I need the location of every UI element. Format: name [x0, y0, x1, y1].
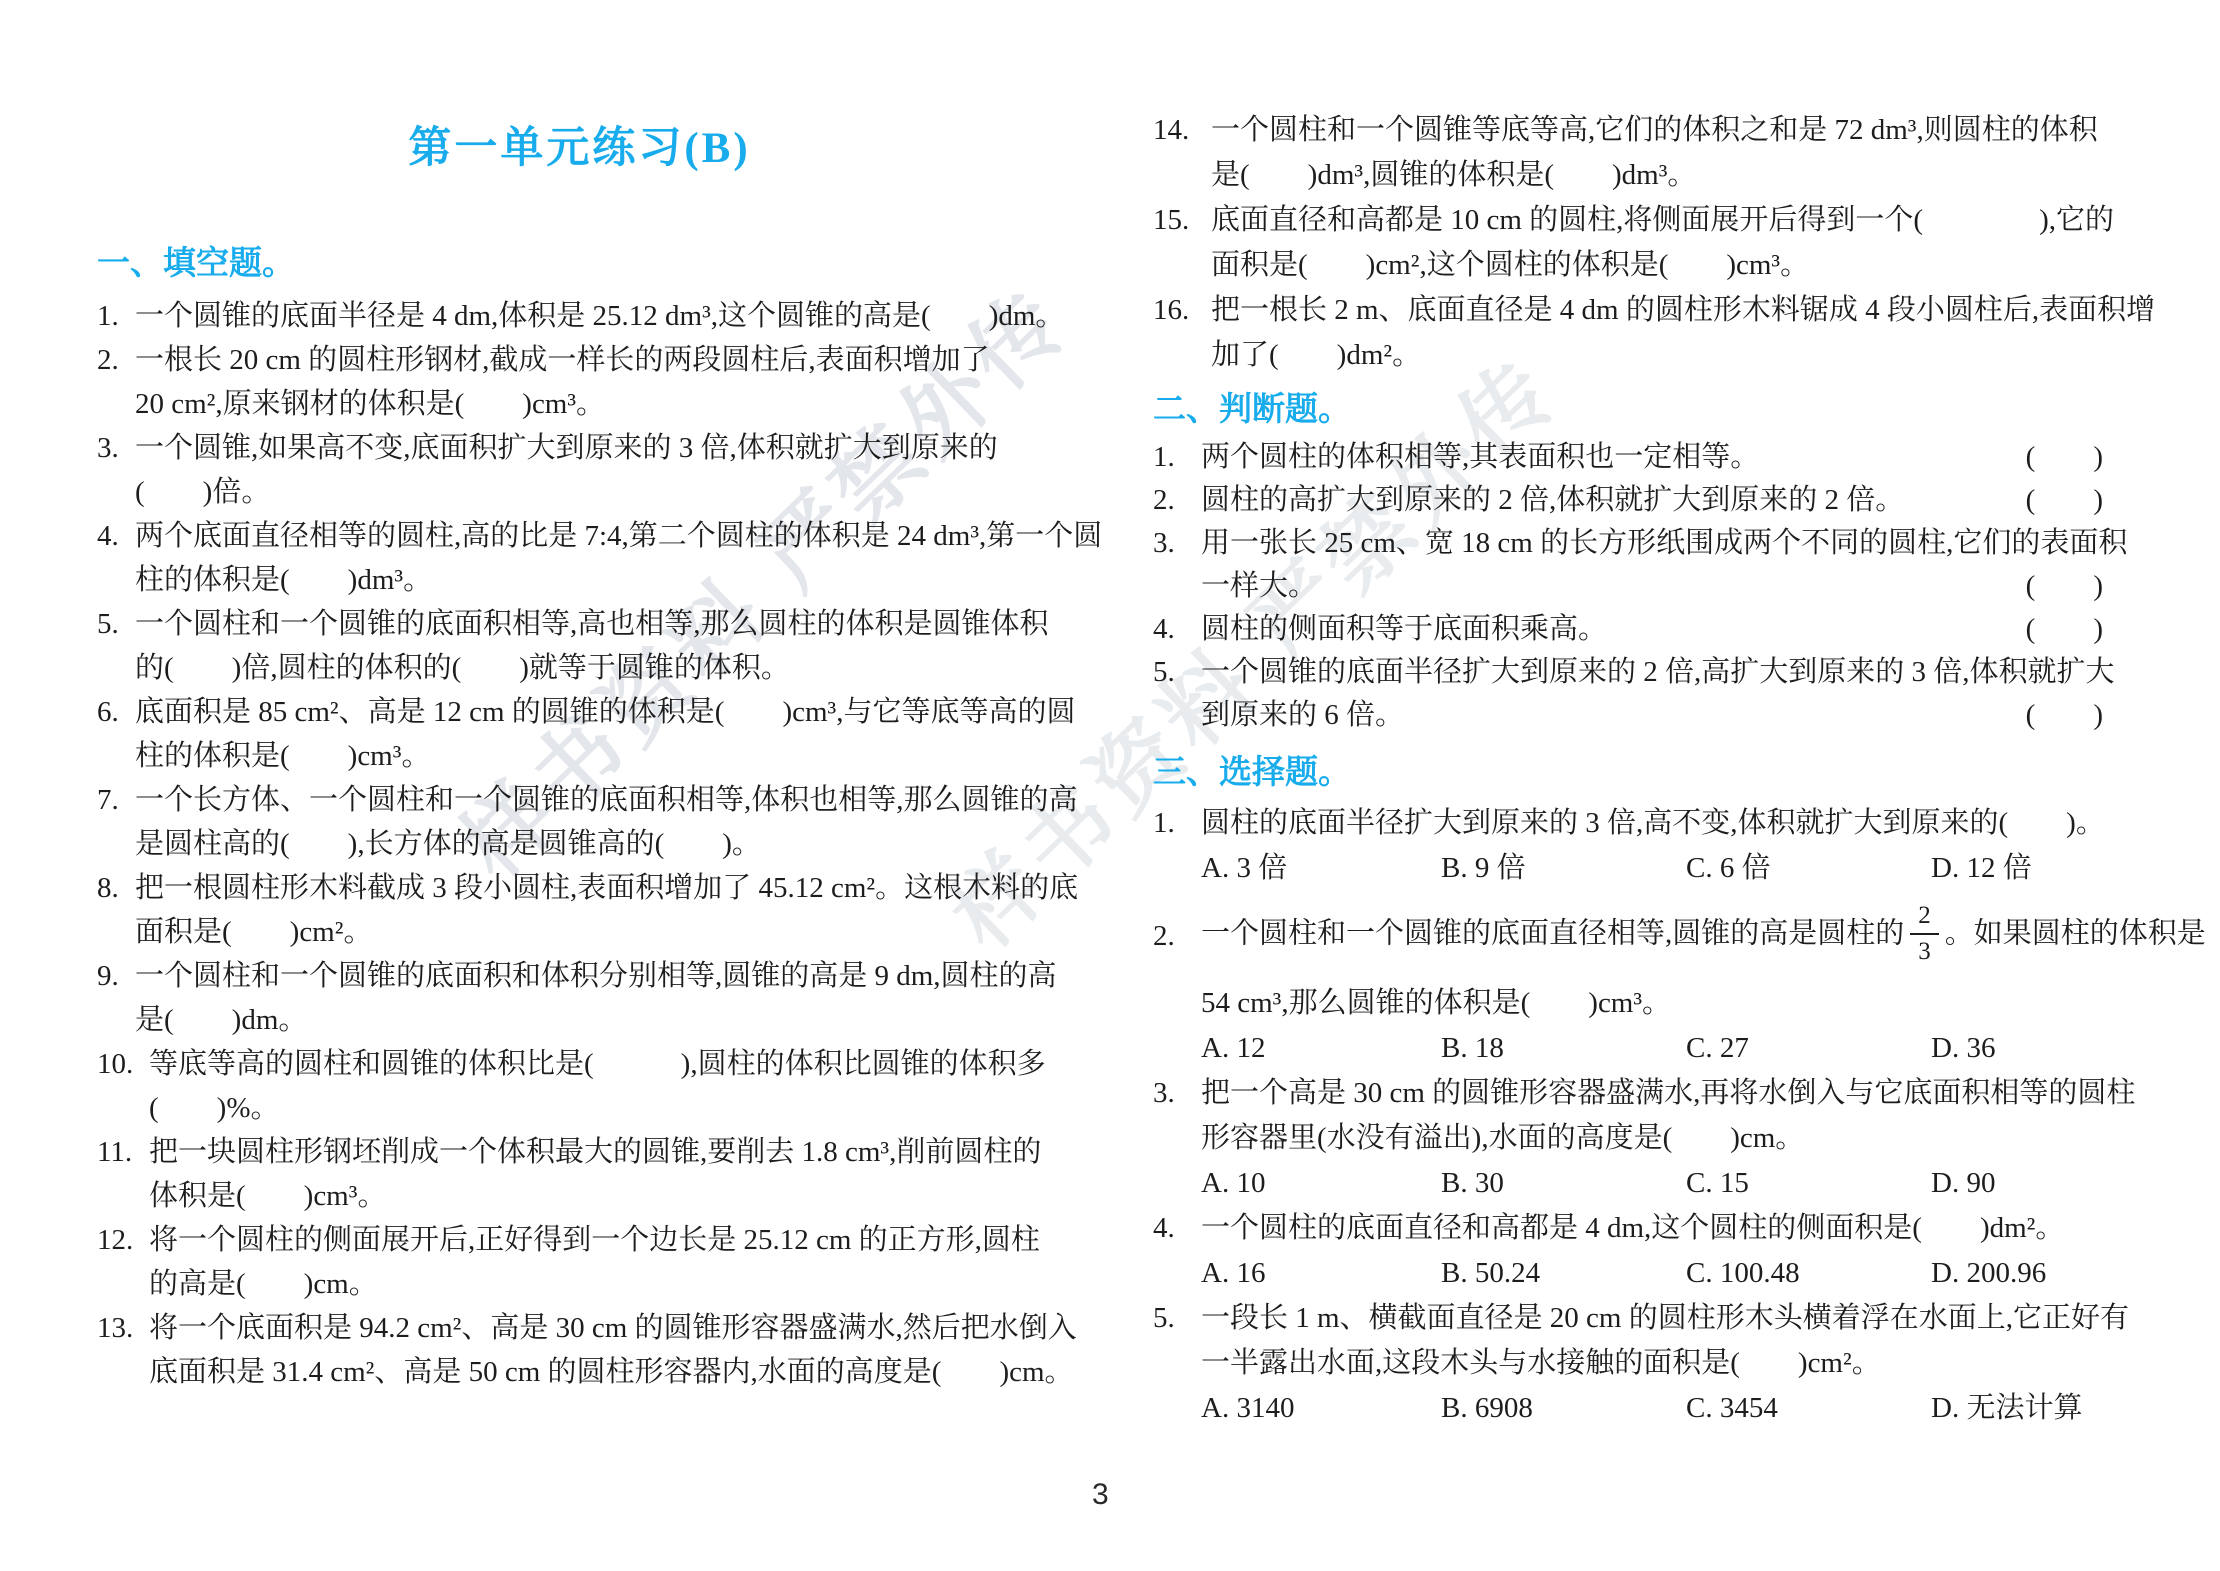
option-d: D. 90: [1931, 1161, 2135, 1206]
question-number: 7.: [97, 778, 135, 822]
option-d: D. 12 倍: [1931, 846, 2135, 891]
question-text: ( )%。: [149, 1086, 279, 1130]
answer-bracket: ( ): [2026, 608, 2103, 651]
question-number: 9.: [97, 954, 135, 998]
option-c: C. 6 倍: [1686, 846, 1931, 891]
question-row-continued: 是( )dm。: [97, 998, 1062, 1042]
choice-question-row: 2.一个圆柱和一个圆锥的底面直径相等,圆锥的高是圆柱的23。如果圆柱的体积是: [1153, 891, 2135, 981]
question-text: 是圆柱高的( ),长方体的高是圆锥高的( )。: [135, 822, 761, 866]
question-text: 一样大。: [1201, 565, 1317, 608]
question-number: 8.: [97, 866, 135, 910]
choice-question-row: 1.圆柱的底面半径扩大到原来的 3 倍,高不变,体积就扩大到原来的( )。: [1153, 801, 2135, 846]
question-row-continued: ( )倍。: [97, 470, 1062, 514]
question-text: 是( )dm³,圆锥的体积是( )dm³。: [1211, 153, 1696, 198]
judge-question-row: 2.圆柱的高扩大到原来的 2 倍,体积就扩大到原来的 2 倍。( ): [1153, 479, 2135, 522]
judge-question-row: 4.圆柱的侧面积等于底面积乘高。( ): [1153, 608, 2135, 651]
judge-question-row: 3.用一张长 25 cm、宽 18 cm 的长方形纸围成两个不同的圆柱,它们的表…: [1153, 522, 2135, 565]
choice-question-row-continued: 一半露出水面,这段木头与水接触的面积是( )cm²。: [1153, 1341, 2135, 1386]
question-number: 5.: [1153, 651, 1201, 694]
question-number: 3.: [97, 426, 135, 470]
fraction-denominator: 3: [1910, 935, 1939, 967]
question-text: 一个圆柱和一个圆锥的底面直径相等,圆锥的高是圆柱的23。如果圆柱的体积是: [1201, 903, 2206, 969]
question-row-continued: 体积是( )cm³。: [97, 1174, 1062, 1218]
question-number: 4.: [97, 514, 135, 558]
question-text: 的( )倍,圆柱的体积的( )就等于圆锥的体积。: [135, 646, 790, 690]
question-row: 16.把一根长 2 m、底面直径是 4 dm 的圆柱形木料锯成 4 段小圆柱后,…: [1153, 288, 2135, 333]
question-number: 1.: [1153, 436, 1201, 479]
question-text: 将一个底面积是 94.2 cm²、高是 30 cm 的圆锥形容器盛满水,然后把水…: [149, 1306, 1077, 1350]
question-row-continued: 是( )dm³,圆锥的体积是( )dm³。: [1153, 153, 2135, 198]
option-a: A. 16: [1201, 1251, 1441, 1296]
question-text: 柱的体积是( )cm³。: [135, 734, 430, 778]
question-row-continued: 柱的体积是( )cm³。: [97, 734, 1062, 778]
right-column: 14.一个圆柱和一个圆锥等底等高,它们的体积之和是 72 dm³,则圆柱的体积 …: [1153, 0, 2135, 1431]
choice-question-row: 3.把一个高是 30 cm 的圆锥形容器盛满水,再将水倒入与它底面积相等的圆柱: [1153, 1071, 2135, 1116]
question-text: 一段长 1 m、横截面直径是 20 cm 的圆柱形木头横着浮在水面上,它正好有: [1201, 1296, 2129, 1341]
question-text: 面积是( )cm²。: [135, 910, 372, 954]
options-row: A. 10 B. 30 C. 15 D. 90: [1153, 1161, 2135, 1206]
question-row: 5.一个圆柱和一个圆锥的底面积相等,高也相等,那么圆柱的体积是圆锥体积: [97, 602, 1062, 646]
question-text: 一半露出水面,这段木头与水接触的面积是( )cm²。: [1201, 1341, 1881, 1386]
question-text-after-fraction: 。如果圆柱的体积是: [1945, 918, 2206, 950]
answer-bracket: ( ): [2026, 479, 2103, 522]
question-number: 6.: [97, 690, 135, 734]
question-number: 10.: [97, 1042, 149, 1086]
option-a: A. 3140: [1201, 1386, 1441, 1431]
question-text: 圆柱的侧面积等于底面积乘高。: [1201, 608, 1607, 651]
question-number: 5.: [1153, 1296, 1201, 1341]
question-text: 一个圆柱和一个圆锥的底面积相等,高也相等,那么圆柱的体积是圆锥体积: [135, 602, 1049, 646]
judge-question-row-continued: 一样大。( ): [1153, 565, 2135, 608]
question-text: 圆柱的底面半径扩大到原来的 3 倍,高不变,体积就扩大到原来的( )。: [1201, 801, 2105, 846]
question-number: 16.: [1153, 288, 1211, 333]
options-row: A. 12 B. 18 C. 27 D. 36: [1153, 1026, 2135, 1071]
question-text: 一个圆锥,如果高不变,底面积扩大到原来的 3 倍,体积就扩大到原来的: [135, 426, 998, 470]
question-row: 2.一根长 20 cm 的圆柱形钢材,截成一样长的两段圆柱后,表面积增加了: [97, 338, 1062, 382]
question-number: 14.: [1153, 108, 1211, 153]
judge-question-row: 1.两个圆柱的体积相等,其表面积也一定相等。( ): [1153, 436, 2135, 479]
worksheet-title: 第一单元练习(B): [97, 118, 1062, 180]
judge-question-row-continued: 到原来的 6 倍。( ): [1153, 694, 2135, 737]
question-text: 20 cm²,原来钢材的体积是( )cm³。: [135, 382, 605, 426]
option-c: C. 27: [1686, 1026, 1931, 1071]
question-text: 将一个圆柱的侧面展开后,正好得到一个边长是 25.12 cm 的正方形,圆柱: [149, 1218, 1040, 1262]
page-number: 3: [1092, 1478, 1109, 1512]
question-row: 6.底面积是 85 cm²、高是 12 cm 的圆锥的体积是( )cm³,与它等…: [97, 690, 1062, 734]
question-number: 2.: [1153, 914, 1201, 959]
question-number: 2.: [1153, 479, 1201, 522]
option-a: A. 3 倍: [1201, 846, 1441, 891]
question-text: 把一个高是 30 cm 的圆锥形容器盛满水,再将水倒入与它底面积相等的圆柱: [1201, 1071, 2135, 1116]
option-c: C. 3454: [1686, 1386, 1931, 1431]
question-text: 一个圆柱的底面直径和高都是 4 dm,这个圆柱的侧面积是( )dm²。: [1201, 1206, 2064, 1251]
question-text: 等底等高的圆柱和圆锥的体积比是( ),圆柱的体积比圆锥的体积多: [149, 1042, 1046, 1086]
judge-question-row: 5.一个圆锥的底面半径扩大到原来的 2 倍,高扩大到原来的 3 倍,体积就扩大: [1153, 651, 2135, 694]
question-text: 把一根长 2 m、底面直径是 4 dm 的圆柱形木料锯成 4 段小圆柱后,表面积…: [1211, 288, 2155, 333]
option-a: A. 10: [1201, 1161, 1441, 1206]
question-text: 一根长 20 cm 的圆柱形钢材,截成一样长的两段圆柱后,表面积增加了: [135, 338, 990, 382]
answer-bracket: ( ): [2026, 565, 2103, 608]
question-text: 圆柱的高扩大到原来的 2 倍,体积就扩大到原来的 2 倍。: [1201, 479, 1904, 522]
question-number: 2.: [97, 338, 135, 382]
question-row-continued: 20 cm²,原来钢材的体积是( )cm³。: [97, 382, 1062, 426]
option-b: B. 50.24: [1441, 1251, 1686, 1296]
section-header-judge: 二、判断题。: [1153, 386, 2135, 432]
question-row: 11.把一块圆柱形钢坯削成一个体积最大的圆锥,要削去 1.8 cm³,削前圆柱的: [97, 1130, 1062, 1174]
choice-question-row-continued: 形容器里(水没有溢出),水面的高度是( )cm。: [1153, 1116, 2135, 1161]
question-row-continued: 是圆柱高的( ),长方体的高是圆锥高的( )。: [97, 822, 1062, 866]
option-b: B. 30: [1441, 1161, 1686, 1206]
question-number: 1.: [1153, 801, 1201, 846]
question-text-before-fraction: 一个圆柱和一个圆锥的底面直径相等,圆锥的高是圆柱的: [1201, 918, 1904, 950]
question-row: 12.将一个圆柱的侧面展开后,正好得到一个边长是 25.12 cm 的正方形,圆…: [97, 1218, 1062, 1262]
question-row-continued: 的( )倍,圆柱的体积的( )就等于圆锥的体积。: [97, 646, 1062, 690]
option-d: D. 无法计算: [1931, 1386, 2135, 1431]
answer-bracket: ( ): [2026, 694, 2103, 737]
option-d: D. 36: [1931, 1026, 2135, 1071]
question-row: 8.把一根圆柱形木料截成 3 段小圆柱,表面积增加了 45.12 cm²。这根木…: [97, 866, 1062, 910]
worksheet-page: 样书资料 严禁外传 样书资料 严禁外传 第一单元练习(B) 一、填空题。 1.一…: [0, 0, 2220, 1571]
options-row: A. 3 倍 B. 9 倍 C. 6 倍 D. 12 倍: [1153, 846, 2135, 891]
question-row: 15.底面直径和高都是 10 cm 的圆柱,将侧面展开后得到一个( ),它的: [1153, 198, 2135, 243]
question-text: 一个圆锥的底面半径扩大到原来的 2 倍,高扩大到原来的 3 倍,体积就扩大: [1201, 651, 2115, 694]
question-text: 把一块圆柱形钢坯削成一个体积最大的圆锥,要削去 1.8 cm³,削前圆柱的: [149, 1130, 1041, 1174]
option-b: B. 18: [1441, 1026, 1686, 1071]
option-c: C. 100.48: [1686, 1251, 1931, 1296]
question-number: 13.: [97, 1306, 149, 1350]
question-row-continued: 面积是( )cm²。: [97, 910, 1062, 954]
question-row: 14.一个圆柱和一个圆锥等底等高,它们的体积之和是 72 dm³,则圆柱的体积: [1153, 108, 2135, 153]
option-d: D. 200.96: [1931, 1251, 2135, 1296]
question-row-continued: 底面积是 31.4 cm²、高是 50 cm 的圆柱形容器内,水面的高度是( )…: [97, 1350, 1062, 1394]
question-row: 7.一个长方体、一个圆柱和一个圆锥的底面积相等,体积也相等,那么圆锥的高: [97, 778, 1062, 822]
question-text: 加了( )dm²。: [1211, 333, 1421, 378]
option-c: C. 15: [1686, 1161, 1931, 1206]
options-row: A. 16 B. 50.24 C. 100.48 D. 200.96: [1153, 1251, 2135, 1296]
question-row-continued: 加了( )dm²。: [1153, 333, 2135, 378]
options-row: A. 3140 B. 6908 C. 3454 D. 无法计算: [1153, 1386, 2135, 1431]
question-row: 10.等底等高的圆柱和圆锥的体积比是( ),圆柱的体积比圆锥的体积多: [97, 1042, 1062, 1086]
question-number: 4.: [1153, 608, 1201, 651]
question-row-continued: 柱的体积是( )dm³。: [97, 558, 1062, 602]
question-number: 4.: [1153, 1206, 1201, 1251]
question-text: 形容器里(水没有溢出),水面的高度是( )cm。: [1201, 1116, 1804, 1161]
question-text: 54 cm³,那么圆锥的体积是( )cm³。: [1201, 981, 1671, 1026]
question-number: 3.: [1153, 1071, 1201, 1116]
question-text: 两个圆柱的体积相等,其表面积也一定相等。: [1201, 436, 1759, 479]
fraction-numerator: 2: [1910, 901, 1939, 935]
question-text: 是( )dm。: [135, 998, 307, 1042]
section-header-choice: 三、选择题。: [1153, 749, 2135, 795]
left-column: 第一单元练习(B) 一、填空题。 1.一个圆锥的底面半径是 4 dm,体积是 2…: [97, 0, 1062, 1394]
question-number: 11.: [97, 1130, 149, 1174]
fraction-two-thirds: 23: [1910, 901, 1939, 967]
section-header-fill: 一、填空题。: [97, 240, 1062, 286]
question-text: 一个圆柱和一个圆锥等底等高,它们的体积之和是 72 dm³,则圆柱的体积: [1211, 108, 2098, 153]
question-row: 9.一个圆柱和一个圆锥的底面积和体积分别相等,圆锥的高是 9 dm,圆柱的高: [97, 954, 1062, 998]
question-text: 到原来的 6 倍。: [1201, 694, 1404, 737]
question-row: 3.一个圆锥,如果高不变,底面积扩大到原来的 3 倍,体积就扩大到原来的: [97, 426, 1062, 470]
question-number: 12.: [97, 1218, 149, 1262]
option-b: B. 9 倍: [1441, 846, 1686, 891]
question-row: 13.将一个底面积是 94.2 cm²、高是 30 cm 的圆锥形容器盛满水,然…: [97, 1306, 1062, 1350]
question-number: 3.: [1153, 522, 1201, 565]
question-text: 两个底面直径相等的圆柱,高的比是 7:4,第二个圆柱的体积是 24 dm³,第一…: [135, 514, 1102, 558]
question-number: 5.: [97, 602, 135, 646]
choice-question-row: 5.一段长 1 m、横截面直径是 20 cm 的圆柱形木头横着浮在水面上,它正好…: [1153, 1296, 2135, 1341]
question-text: 把一根圆柱形木料截成 3 段小圆柱,表面积增加了 45.12 cm²。这根木料的…: [135, 866, 1078, 910]
question-text: 一个圆柱和一个圆锥的底面积和体积分别相等,圆锥的高是 9 dm,圆柱的高: [135, 954, 1057, 998]
question-text: 底面积是 85 cm²、高是 12 cm 的圆锥的体积是( )cm³,与它等底等…: [135, 690, 1076, 734]
question-text: 一个长方体、一个圆柱和一个圆锥的底面积相等,体积也相等,那么圆锥的高: [135, 778, 1078, 822]
option-b: B. 6908: [1441, 1386, 1686, 1431]
choice-question-row-continued: 54 cm³,那么圆锥的体积是( )cm³。: [1153, 981, 2135, 1026]
question-text: 面积是( )cm²,这个圆柱的体积是( )cm³。: [1211, 243, 1809, 288]
question-text: 体积是( )cm³。: [149, 1174, 386, 1218]
question-number: 15.: [1153, 198, 1211, 243]
question-row: 4.两个底面直径相等的圆柱,高的比是 7:4,第二个圆柱的体积是 24 dm³,…: [97, 514, 1062, 558]
question-row: 1.一个圆锥的底面半径是 4 dm,体积是 25.12 dm³,这个圆锥的高是(…: [97, 294, 1062, 338]
choice-question-row: 4.一个圆柱的底面直径和高都是 4 dm,这个圆柱的侧面积是( )dm²。: [1153, 1206, 2135, 1251]
question-text: 底面积是 31.4 cm²、高是 50 cm 的圆柱形容器内,水面的高度是( )…: [149, 1350, 1074, 1394]
question-text: ( )倍。: [135, 470, 270, 514]
question-text: 一个圆锥的底面半径是 4 dm,体积是 25.12 dm³,这个圆锥的高是( )…: [135, 294, 1064, 338]
question-text: 的高是( )cm。: [149, 1262, 378, 1306]
question-row-continued: 的高是( )cm。: [97, 1262, 1062, 1306]
question-text: 用一张长 25 cm、宽 18 cm 的长方形纸围成两个不同的圆柱,它们的表面积: [1201, 522, 2127, 565]
question-row-continued: 面积是( )cm²,这个圆柱的体积是( )cm³。: [1153, 243, 2135, 288]
question-text: 底面直径和高都是 10 cm 的圆柱,将侧面展开后得到一个( ),它的: [1211, 198, 2114, 243]
question-number: 1.: [97, 294, 135, 338]
question-text: 柱的体积是( )dm³。: [135, 558, 432, 602]
answer-bracket: ( ): [2026, 436, 2103, 479]
option-a: A. 12: [1201, 1026, 1441, 1071]
question-row-continued: ( )%。: [97, 1086, 1062, 1130]
